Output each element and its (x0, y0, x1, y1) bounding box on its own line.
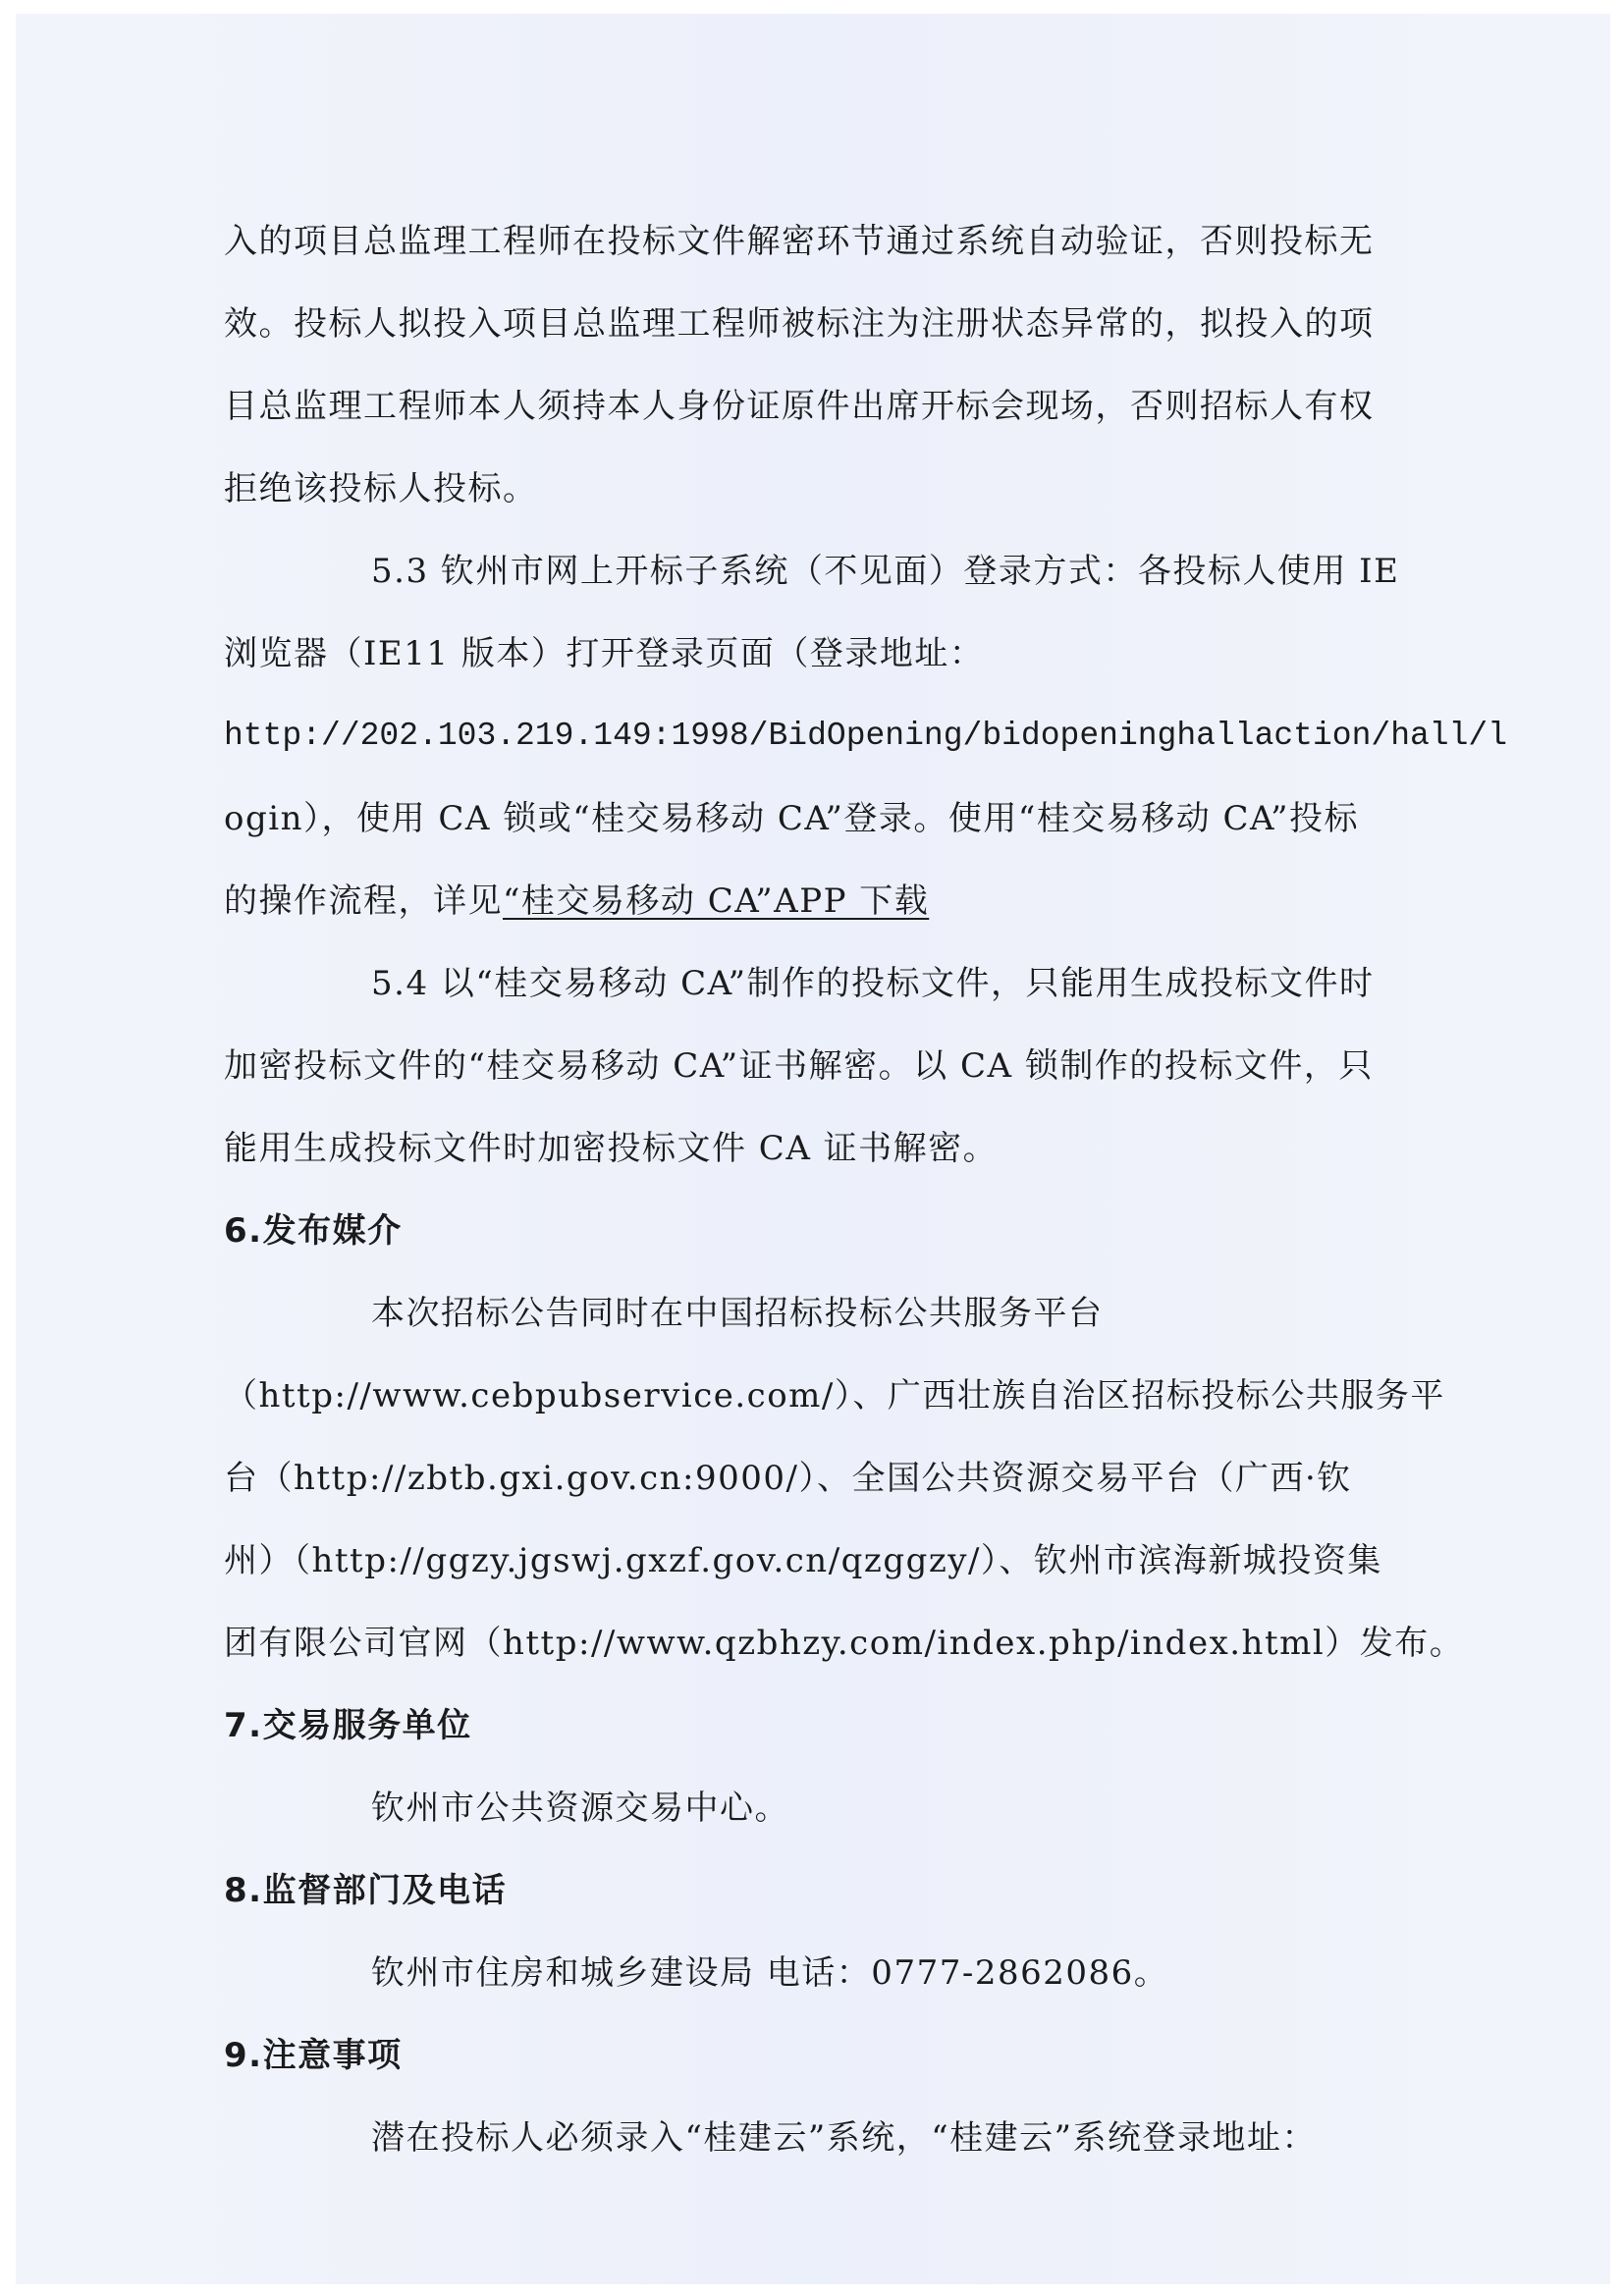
login-url: http://202.103.219.149:1998/BidOpening/b… (224, 695, 1441, 777)
paragraph-line: ogin），使用 CA 锁或“桂交易移动 CA”登录。使用“桂交易移动 CA”投… (224, 777, 1441, 860)
paragraph-line: 钦州市住房和城乡建设局 电话：0777-2862086。 (224, 1932, 1441, 2014)
paragraph-line: 钦州市公共资源交易中心。 (224, 1767, 1441, 1849)
paragraph-line: 目总监理工程师本人须持本人身份证原件出席开标会现场，否则招标人有权 (224, 365, 1441, 448)
paragraph-line: 潜在投标人必须录入“桂建云”系统，“桂建云”系统登录地址： (224, 2097, 1441, 2179)
section-heading: 6.发布媒介 (224, 1190, 1441, 1272)
paragraph-line: 入的项目总监理工程师在投标文件解密环节通过系统自动验证，否则投标无 (224, 200, 1441, 283)
section-5-3: 5.3 钦州市网上开标子系统（不见面）登录方式：各投标人使用 IE 浏览器（IE… (224, 530, 1441, 942)
paragraph-text: 的操作流程，详见 (224, 881, 503, 921)
paragraph-line: 台（http://zbtb.gxi.gov.cn:9000/）、全国公共资源交易… (224, 1437, 1441, 1520)
section-heading: 9.注意事项 (224, 2014, 1441, 2097)
section-heading: 7.交易服务单位 (224, 1684, 1441, 1767)
paragraph-line: 本次招标公告同时在中国招标投标公共服务平台 (224, 1272, 1441, 1355)
paragraph-line: 团有限公司官网（http://www.qzbhzy.com/index.php/… (224, 1602, 1441, 1684)
scanned-page: 入的项目总监理工程师在投标文件解密环节通过系统自动验证，否则投标无 效。投标人拟… (16, 14, 1610, 2284)
paragraph-line: 加密投标文件的“桂交易移动 CA”证书解密。以 CA 锁制作的投标文件，只 (224, 1025, 1441, 1107)
paragraph-line: 5.3 钦州市网上开标子系统（不见面）登录方式：各投标人使用 IE (224, 530, 1441, 613)
paragraph-line: 的操作流程，详见“桂交易移动 CA”APP 下载 (224, 860, 1441, 942)
section-7: 7.交易服务单位 钦州市公共资源交易中心。 (224, 1684, 1441, 1849)
paragraph-line: 州）（http://ggzy.jgswj.gxzf.gov.cn/qzggzy/… (224, 1520, 1441, 1602)
section-9: 9.注意事项 潜在投标人必须录入“桂建云”系统，“桂建云”系统登录地址： (224, 2014, 1441, 2179)
paragraph-line: 拒绝该投标人投标。 (224, 448, 1441, 530)
paragraph-line: （http://www.cebpubservice.com/）、广西壮族自治区招… (224, 1355, 1441, 1437)
section-5-4: 5.4 以“桂交易移动 CA”制作的投标文件，只能用生成投标文件时 加密投标文件… (224, 942, 1441, 1190)
paragraph-line: 效。投标人拟投入项目总监理工程师被标注为注册状态异常的，拟投入的项 (224, 283, 1441, 365)
paragraph-line: 5.4 以“桂交易移动 CA”制作的投标文件，只能用生成投标文件时 (224, 942, 1441, 1025)
document-body: 入的项目总监理工程师在投标文件解密环节通过系统自动验证，否则投标无 效。投标人拟… (224, 200, 1441, 2179)
section-8: 8.监督部门及电话 钦州市住房和城乡建设局 电话：0777-2862086。 (224, 1849, 1441, 2014)
section-6: 6.发布媒介 本次招标公告同时在中国招标投标公共服务平台 （http://www… (224, 1190, 1441, 1684)
paragraph-line: 浏览器（IE11 版本）打开登录页面（登录地址： (224, 613, 1441, 695)
app-download-link[interactable]: “桂交易移动 CA”APP 下载 (503, 881, 929, 921)
paragraph-line: 能用生成投标文件时加密投标文件 CA 证书解密。 (224, 1107, 1441, 1190)
section-heading: 8.监督部门及电话 (224, 1849, 1441, 1932)
continuation-paragraph: 入的项目总监理工程师在投标文件解密环节通过系统自动验证，否则投标无 效。投标人拟… (224, 200, 1441, 530)
